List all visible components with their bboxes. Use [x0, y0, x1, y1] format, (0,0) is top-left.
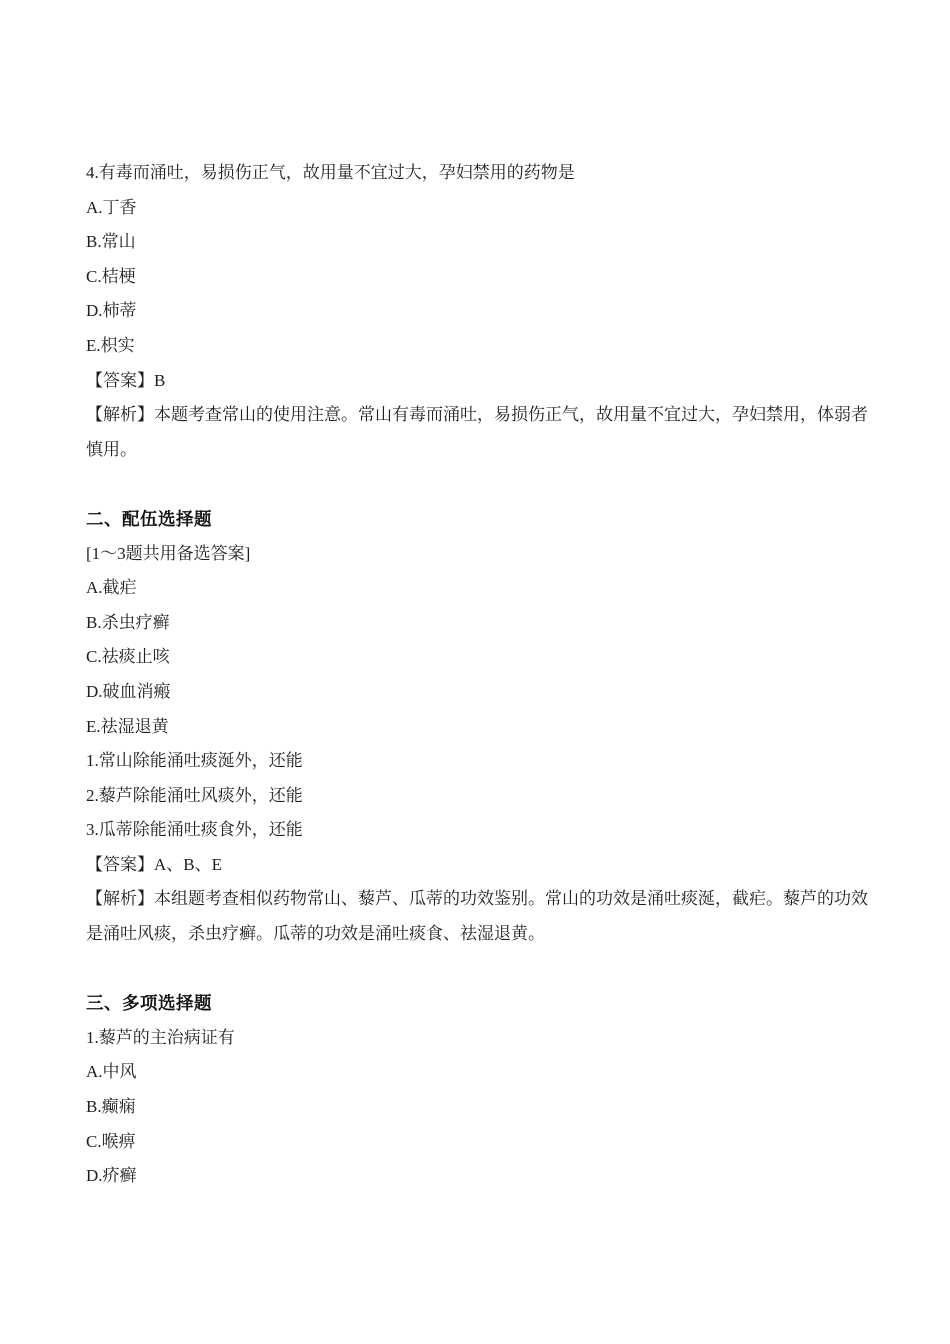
- section-3-option-d: D.疥癣: [86, 1159, 868, 1194]
- section-3-option-c: C.喉痹: [86, 1125, 868, 1160]
- question-4-option-d: D.柿蒂: [86, 294, 868, 329]
- section-2-option-e: E.祛湿退黄: [86, 710, 868, 745]
- question-4-option-a: A.丁香: [86, 191, 868, 226]
- section-2-question-1: 1.常山除能涌吐痰涎外，还能: [86, 744, 868, 779]
- section-2-analysis: 【解析】本组题考查相似药物常山、藜芦、瓜蒂的功效鉴别。常山的功效是涌吐痰涎，截疟…: [86, 882, 868, 951]
- section-gap: [86, 467, 868, 502]
- question-4-option-b: B.常山: [86, 225, 868, 260]
- section-2-option-d: D.破血消瘢: [86, 675, 868, 710]
- question-4-analysis: 【解析】本题考查常山的使用注意。常山有毒而涌吐，易损伤正气，故用量不宜过大，孕妇…: [86, 398, 868, 467]
- question-4-option-e: E.枳实: [86, 329, 868, 364]
- question-4-answer: 【答案】B: [86, 364, 868, 399]
- section-2-option-a: A.截疟: [86, 571, 868, 606]
- section-gap: [86, 952, 868, 987]
- section-2-answer: 【答案】A、B、E: [86, 848, 868, 883]
- section-2-option-c: C.祛痰止咳: [86, 640, 868, 675]
- section-2-option-b: B.杀虫疗癣: [86, 606, 868, 641]
- section-2-shared-note: [1～3题共用备选答案]: [86, 537, 868, 572]
- section-3-heading: 三、多项选择题: [86, 986, 868, 1021]
- question-4-stem: 4.有毒而涌吐，易损伤正气，故用量不宜过大，孕妇禁用的药物是: [86, 156, 868, 191]
- section-3-option-a: A.中风: [86, 1055, 868, 1090]
- document-page: 4.有毒而涌吐，易损伤正气，故用量不宜过大，孕妇禁用的药物是 A.丁香 B.常山…: [86, 156, 868, 1194]
- section-2-question-2: 2.藜芦除能涌吐风痰外，还能: [86, 779, 868, 814]
- question-4-option-c: C.桔梗: [86, 260, 868, 295]
- section-2-question-3: 3.瓜蒂除能涌吐痰食外，还能: [86, 813, 868, 848]
- section-2-heading: 二、配伍选择题: [86, 502, 868, 537]
- section-3-option-b: B.癫痫: [86, 1090, 868, 1125]
- section-3-question-1-stem: 1.藜芦的主治病证有: [86, 1021, 868, 1056]
